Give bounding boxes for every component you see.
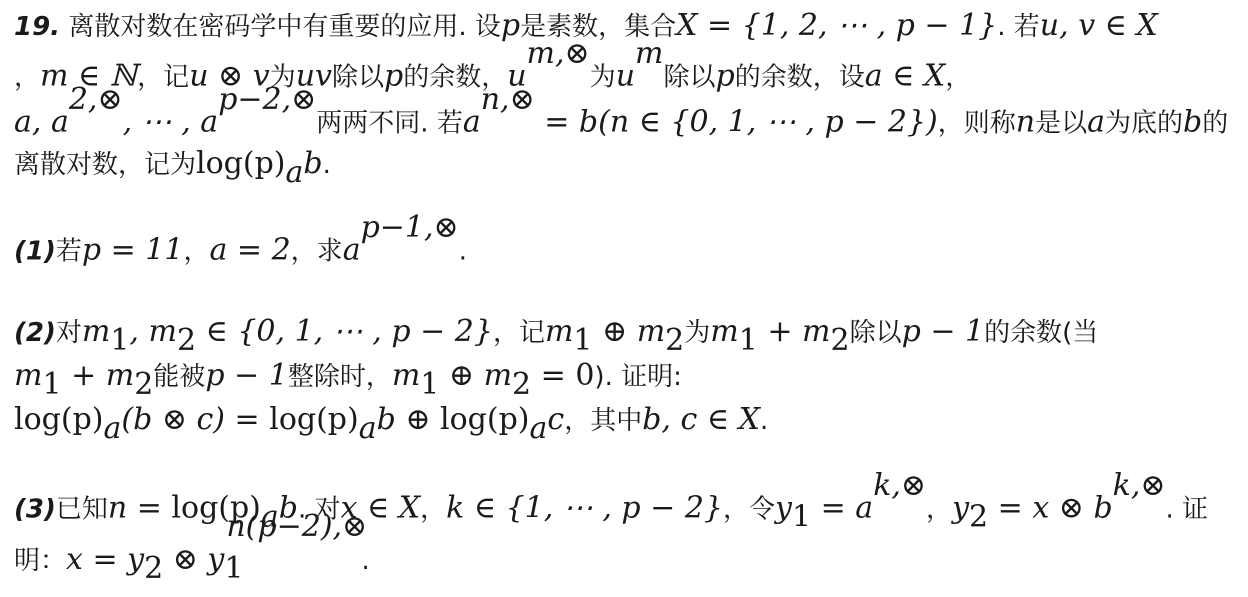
math-oplus: ⊕ m [593,314,666,349]
math-otimes: ⊗ y [163,542,224,577]
intro-text: 是以 [1035,109,1087,139]
math-subscript: 2 [830,323,849,358]
part-text: 明： [14,546,66,576]
part-label: (3) [14,495,56,525]
math-a-list: a, a [14,105,69,140]
math-y: y [775,491,792,526]
part-text: . [361,546,369,576]
math-b: b [1183,105,1202,140]
math-arg: b ⊕ [377,402,440,437]
part-text: ，令 [723,495,775,525]
part-text: . 证 [1166,495,1209,525]
math-equals-x: = x ⊗ b [988,491,1113,526]
math-x-equals: x = y [66,542,144,577]
math-set: ∈ {0, 1, ⋯ , p − 2} [196,314,493,349]
math-m: m [392,358,420,393]
part-text: ，记 [493,318,545,348]
math-subscript: 2 [665,323,684,358]
math-a: a [343,233,361,268]
math-subscript: 1 [224,551,243,586]
math-subscript: a [530,411,548,446]
math-m: m [710,314,738,349]
part-text: ). 证明: [594,362,681,392]
part-text: ，其中 [564,406,642,436]
part-2-line-2: m1 + m2能被p − 1整除时，m1 ⊕ m2 = 0). 证明: [14,356,682,397]
math-p: p [715,59,734,94]
math-subscript: 1 [42,367,61,402]
math-superscript: k,⊗ [873,468,926,503]
math-subscript: 2 [969,500,988,535]
math-plus: + m [758,314,831,349]
part-text: 已知 [56,495,108,525]
intro-line-3: a, a2,⊗, ⋯ , ap−2,⊗两两不同. 若an,⊗ = b(n ∈ {… [14,100,1228,144]
math-set-definition: X = {1, 2, ⋯ , p − 1} [676,8,997,43]
part-text: . [459,237,467,267]
intro-text: 离散对数在密码学中有重要的应用. 设 [68,12,501,42]
intro-line-4: 离散对数，记为log(p)ab. [14,144,331,185]
math-a: a [463,105,481,140]
math-superscript: p−2,⊗ [218,82,316,117]
math-p-equals: p = 11 [82,233,184,268]
math-superscript: n,⊗ [481,82,535,117]
math-superscript: m,⊗ [527,36,590,71]
math-u: u [616,59,635,94]
intro-text: 为底的 [1105,109,1183,139]
part-text: ， [420,495,446,525]
part-2-line-3: log(p)a(b ⊗ c) = log(p)ab ⊕ log(p)ac，其中b… [14,400,768,441]
part-text: 为 [684,318,710,348]
math-superscript: k,⊗ [1113,468,1166,503]
math-y: y [952,491,969,526]
math-log: log(p) [269,402,358,437]
math-bc-in-x: b, c ∈ X [642,402,760,437]
part-text: ， [926,495,952,525]
intro-text: 除以 [663,63,715,93]
part-label: (1) [14,237,56,267]
math-superscript: 2,⊗ [69,82,123,117]
problem-number: 19. [14,12,60,42]
part-text: ，求 [291,237,343,267]
intro-text: . [323,150,331,180]
part-text: ， [183,237,209,267]
math-plus: + m [62,358,135,393]
intro-text: ， [14,63,40,93]
math-subscript: a [286,155,304,190]
intro-text: 两两不同. 若 [316,109,463,139]
math-a: a [1087,105,1105,140]
intro-text: 除以 [332,63,384,93]
math-supsub: n(p−2),⊗1 [224,541,243,581]
math-log: log(p) [14,402,103,437]
intro-text: 的 [1202,109,1228,139]
math-equals-zero: = 0 [531,358,594,393]
math-k-in-set: k ∈ {1, ⋯ , p − 2} [446,491,723,526]
math-p-minus: p − 1 [902,314,985,349]
part-text: 除以 [850,318,902,348]
math-a-equals: a = 2 [209,233,290,268]
math-subscript: 2 [512,367,531,402]
part-text: 整除时， [288,362,392,392]
intro-text: ， [945,63,971,93]
math-uv-in-x: u, v ∈ X [1040,8,1158,43]
math-b: b [303,146,322,181]
math-a-in-x: a ∈ X [865,59,946,94]
math-superscript: m [635,36,663,71]
math-subscript: 2 [144,551,163,586]
math-subscript: a [103,411,121,446]
part-1: (1)若p = 11，a = 2，求ap−1,⊗. [14,228,467,272]
math-p-minus: p − 1 [205,358,288,393]
part-text: 若 [56,237,82,267]
math-n: n [1016,105,1035,140]
intro-text: ，则称 [938,109,1016,139]
intro-text: ，记 [137,63,189,93]
math-arg: c [547,402,564,437]
math-subscript: 1 [573,323,592,358]
intro-text: . 若 [997,12,1040,42]
intro-text: 离散对数，记为 [14,150,196,180]
part-label: (2) [14,318,56,348]
math-n-equals: n = [108,491,172,526]
intro-text: 为 [590,63,616,93]
math-log: log(p) [440,402,529,437]
math-m: m [545,314,573,349]
part-text: 的余数(当 [984,318,1098,348]
math-a-list: , ⋯ , a [123,105,219,140]
math-log: log(p) [196,146,285,181]
math-subscript: 2 [177,323,196,358]
math-subscript: 1 [792,500,811,535]
math-subscript: 1 [110,323,129,358]
problem-document: 19. 离散对数在密码学中有重要的应用. 设p是素数，集合X = {1, 2, … [0,0,1248,597]
math-oplus: ⊕ m [439,358,512,393]
math-p: p [384,59,403,94]
math-subscript: 2 [134,367,153,402]
part-text: . [760,406,768,436]
math-arg: (b ⊗ c) = [121,402,269,437]
part-3-line-2: 明：x = y2 ⊗ yn(p−2),⊗1. [14,540,370,581]
part-text: 对 [56,318,82,348]
math-m: m [82,314,110,349]
math-equals-a: = a [811,491,873,526]
part-2-line-1: (2)对m1, m2 ∈ {0, 1, ⋯ , p − 2}，记m1 ⊕ m2为… [14,312,1098,353]
math-superscript: p−1,⊗ [361,210,459,245]
intro-text: 的余数，设 [735,63,865,93]
math-p: p [501,8,520,43]
part-text: 能被 [153,362,205,392]
math-m: m [14,358,42,393]
part-3-line-1: (3)已知n = log(p)ab. 对x ∈ X，k ∈ {1, ⋯ , p … [14,486,1208,530]
math-subscript: 1 [420,367,439,402]
math-subscript: a [359,411,377,446]
math-subscript: 1 [739,323,758,358]
math-m: , m [129,314,177,349]
math-equation: = b(n ∈ {0, 1, ⋯ , p − 2}) [535,105,938,140]
